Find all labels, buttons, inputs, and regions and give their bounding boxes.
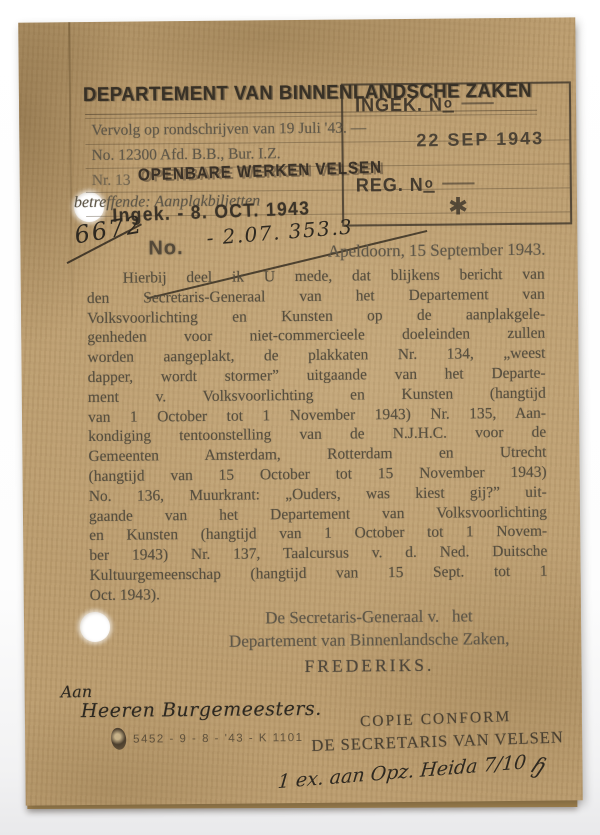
photo-background: DEPARTEMENT VAN BINNENLANDSCHE ZAKEN Ver… — [0, 0, 600, 835]
letter-body: Hierbij deel ik U mede, dat blijkens ber… — [87, 265, 548, 606]
handwritten-initials-flourish: ɧ — [527, 753, 551, 781]
addressee-line: Heeren Burgemeesters. — [81, 698, 322, 722]
punch-hole-bottom — [80, 612, 110, 642]
no-label-stamp: No. — [148, 237, 183, 260]
paper-fold-line — [68, 22, 73, 322]
addressee-aan-label: Aan — [61, 682, 93, 701]
printer-emblem-icon — [110, 727, 128, 751]
document-paper: DEPARTEMENT VAN BINNENLANDSCHE ZAKEN Ver… — [18, 17, 582, 805]
reg-dash-line — [442, 182, 474, 184]
asterisk-mark: ✱ — [448, 192, 468, 220]
closing-block: De Secretaris-Generaal v. het Departemen… — [174, 603, 565, 679]
body-line: Oct. 1943). — [90, 581, 548, 605]
ingek-dash-line — [461, 102, 493, 104]
place-date-line: Apeldoorn, 15 September 1943. — [328, 240, 546, 262]
ingek-registration-stamp-box: INGEK. No 22 SEP 1943 REG. No ✱ — [341, 81, 572, 226]
print-order-code: 5452 - 9 - 8 - '43 - K 1101 — [133, 732, 303, 746]
closing-line-2: Departement van Binnenlandsche Zaken, — [174, 626, 564, 653]
received-date-stamp: 22 SEP 1943 — [416, 128, 544, 151]
reg-no-superscript: o — [424, 175, 435, 193]
ingek-no-label: INGEK. No — [355, 94, 494, 117]
reference-line-1: Vervolg op rondschrijven van 19 Juli '43… — [91, 119, 366, 140]
signature-name: FREDERIKS. — [174, 652, 564, 679]
ingek-no-superscript: o — [443, 95, 454, 113]
reference-line-3: Nr. 13 — [92, 172, 131, 190]
